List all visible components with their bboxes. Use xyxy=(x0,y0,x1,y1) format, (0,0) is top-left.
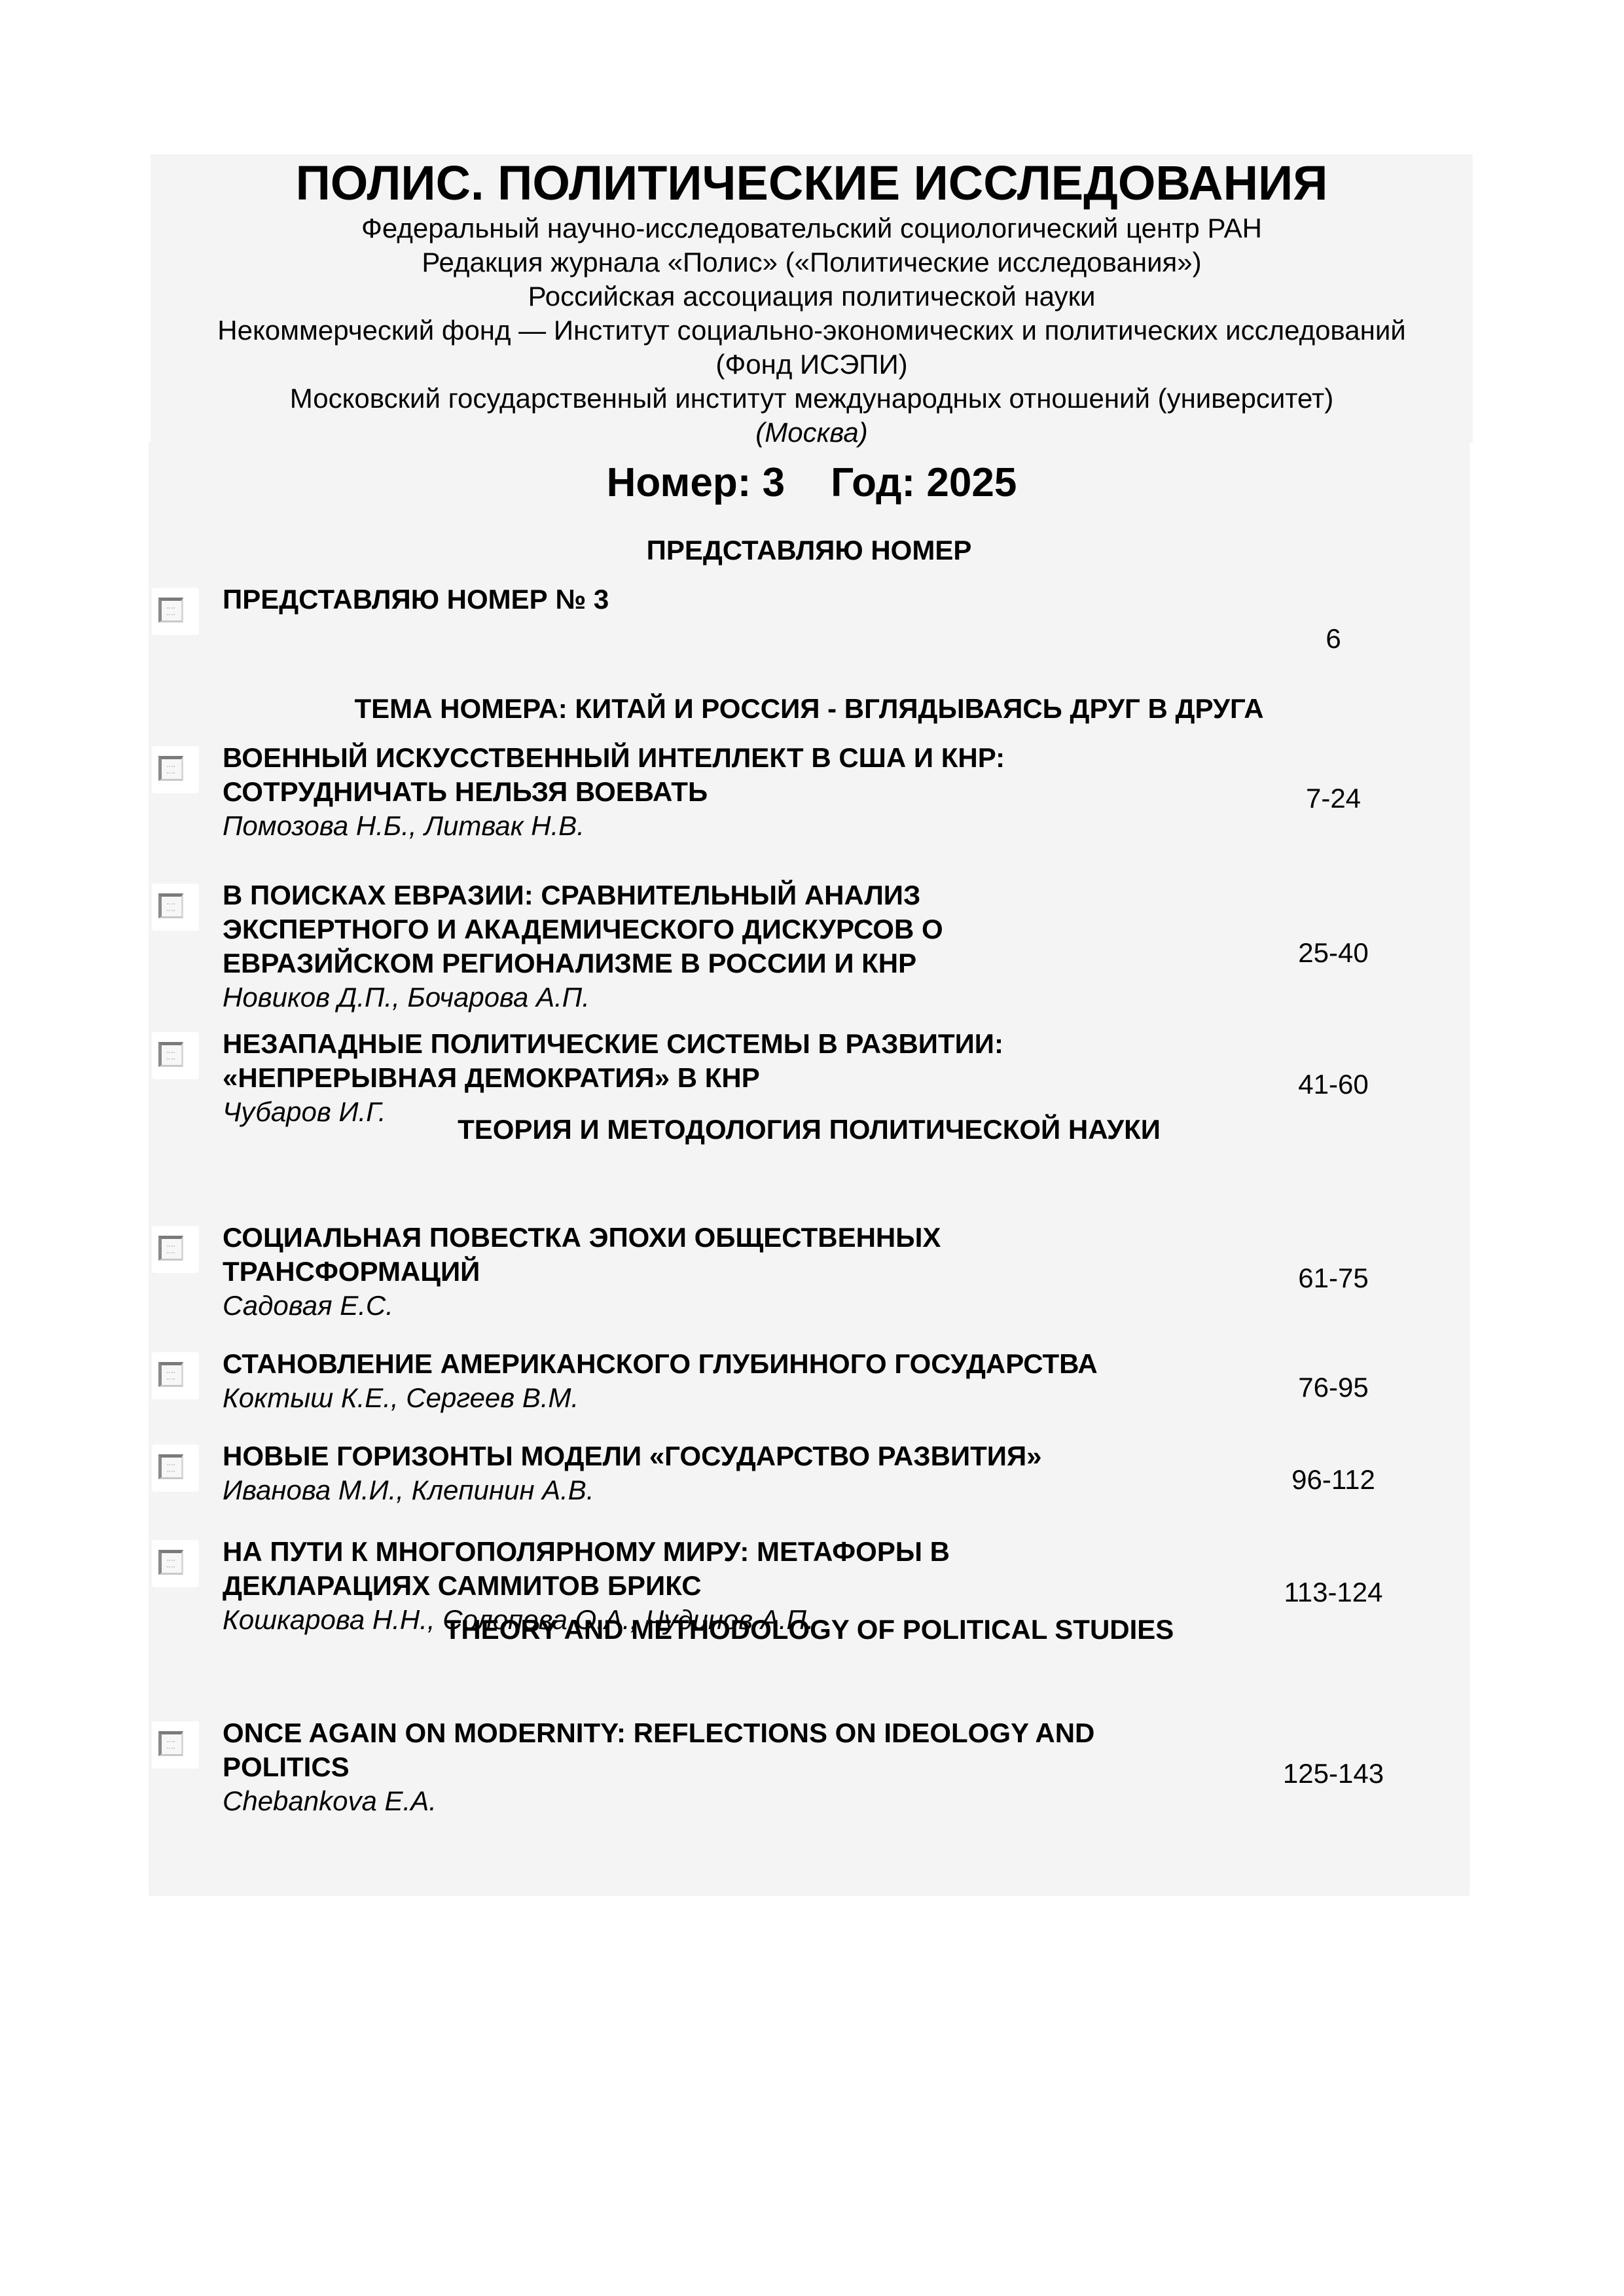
article-authors: Chebankova E.A. xyxy=(223,1784,1231,1818)
article-title-link[interactable]: ONCE AGAIN ON MODERNITY: REFLECTIONS ON … xyxy=(223,1716,1231,1784)
issue-number: Номер: 3 xyxy=(607,458,785,508)
article-text: ВОЕННЫЙ ИСКУССТВЕННЫЙ ИНТЕЛЛЕКТ В США И … xyxy=(223,741,1231,843)
article-title-link[interactable]: В ПОИСКАХ ЕВРАЗИИ: СРАВНИТЕЛЬНЫЙ АНАЛИЗЭ… xyxy=(223,878,1231,980)
publisher-line: Московский государственный институт межд… xyxy=(151,382,1473,416)
article-text: СТАНОВЛЕНИЕ АМЕРИКАНСКОГО ГЛУБИННОГО ГОС… xyxy=(223,1347,1231,1415)
publisher-city: (Москва) xyxy=(151,416,1473,450)
publisher-line: (Фонд ИСЭПИ) xyxy=(151,348,1473,382)
article-title-link[interactable]: ВОЕННЫЙ ИСКУССТВЕННЫЙ ИНТЕЛЛЕКТ В США И … xyxy=(223,741,1231,809)
publisher-line: Федеральный научно-исследовательский соц… xyxy=(151,211,1473,245)
checkbox-document-icon[interactable] xyxy=(152,1352,199,1399)
section-heading: ТЕМА НОМЕРА: КИТАЙ И РОССИЯ - ВГЛЯДЫВАЯС… xyxy=(149,692,1470,726)
article-title-link[interactable]: ПРЕДСТАВЛЯЮ НОМЕР № 3 xyxy=(223,583,1231,617)
checkbox-document-icon[interactable] xyxy=(152,1540,199,1587)
checkbox-icon xyxy=(158,1236,183,1261)
article-pages: 96-112 xyxy=(1268,1463,1399,1497)
issue-year: Год: 2025 xyxy=(831,458,1017,508)
checkbox-icon xyxy=(158,756,183,781)
issue-info: Номер: 3Год: 2025 xyxy=(151,458,1473,508)
article-title-link[interactable]: НА ПУТИ К МНОГОПОЛЯРНОМУ МИРУ: МЕТАФОРЫ … xyxy=(223,1535,1231,1603)
article-pages: 7-24 xyxy=(1268,781,1399,816)
article-text: В ПОИСКАХ ЕВРАЗИИ: СРАВНИТЕЛЬНЫЙ АНАЛИЗЭ… xyxy=(223,878,1231,1014)
article-title-link[interactable]: НЕЗАПАДНЫЕ ПОЛИТИЧЕСКИЕ СИСТЕМЫ В РАЗВИТ… xyxy=(223,1027,1231,1095)
checkbox-icon xyxy=(158,893,183,918)
article-pages: 76-95 xyxy=(1268,1371,1399,1405)
checkbox-document-icon[interactable] xyxy=(152,884,199,931)
article-pages: 25-40 xyxy=(1268,936,1399,970)
publisher-line: Редакция журнала «Полис» («Политические … xyxy=(151,245,1473,279)
article-pages: 113-124 xyxy=(1268,1575,1399,1609)
section-heading: ТЕОРИЯ И МЕТОДОЛОГИЯ ПОЛИТИЧЕСКОЙ НАУКИ xyxy=(149,1113,1470,1147)
article-title-link[interactable]: НОВЫЕ ГОРИЗОНТЫ МОДЕЛИ «ГОСУДАРСТВО РАЗВ… xyxy=(223,1439,1231,1473)
checkbox-icon xyxy=(158,1454,183,1479)
checkbox-document-icon[interactable] xyxy=(152,1032,199,1079)
article-title-link[interactable]: СТАНОВЛЕНИЕ АМЕРИКАНСКОГО ГЛУБИННОГО ГОС… xyxy=(223,1347,1231,1381)
journal-title: ПОЛИС. ПОЛИТИЧЕСКИЕ ИССЛЕДОВАНИЯ xyxy=(151,152,1473,215)
section-heading: THEORY AND METHODOLOGY OF POLITICAL STUD… xyxy=(149,1613,1470,1647)
article-authors: Садовая Е.С. xyxy=(223,1289,1231,1323)
article-title-link[interactable]: СОЦИАЛЬНАЯ ПОВЕСТКА ЭПОХИ ОБЩЕСТВЕННЫХТР… xyxy=(223,1221,1231,1289)
publisher-line: Российская ассоциация политической науки xyxy=(151,279,1473,314)
article-text: НОВЫЕ ГОРИЗОНТЫ МОДЕЛИ «ГОСУДАРСТВО РАЗВ… xyxy=(223,1439,1231,1507)
article-authors: Иванова М.И., Клепинин А.В. xyxy=(223,1473,1231,1507)
article-authors: Новиков Д.П., Бочарова А.П. xyxy=(223,980,1231,1014)
checkbox-icon xyxy=(158,598,183,622)
checkbox-icon xyxy=(158,1731,183,1756)
section-heading: ПРЕДСТАВЛЯЮ НОМЕР xyxy=(149,533,1470,567)
checkbox-icon xyxy=(158,1042,183,1067)
checkbox-document-icon[interactable] xyxy=(152,1226,199,1273)
article-pages: 125-143 xyxy=(1268,1757,1399,1791)
article-authors: Помозова Н.Б., Литвак Н.В. xyxy=(223,809,1231,843)
checkbox-icon xyxy=(158,1362,183,1387)
table-of-contents-panel xyxy=(149,442,1470,1896)
checkbox-icon xyxy=(158,1550,183,1575)
checkbox-document-icon[interactable] xyxy=(152,1444,199,1492)
article-pages: 6 xyxy=(1268,622,1399,656)
article-pages: 41-60 xyxy=(1268,1067,1399,1102)
article-text: ONCE AGAIN ON MODERNITY: REFLECTIONS ON … xyxy=(223,1716,1231,1818)
checkbox-document-icon[interactable] xyxy=(152,588,199,635)
article-text: ПРЕДСТАВЛЯЮ НОМЕР № 3 xyxy=(223,583,1231,617)
article-pages: 61-75 xyxy=(1268,1261,1399,1295)
article-text: СОЦИАЛЬНАЯ ПОВЕСТКА ЭПОХИ ОБЩЕСТВЕННЫХТР… xyxy=(223,1221,1231,1323)
publisher-line: Некоммерческий фонд — Институт социально… xyxy=(151,314,1473,348)
article-authors: Коктыш К.Е., Сергеев В.М. xyxy=(223,1381,1231,1415)
checkbox-document-icon[interactable] xyxy=(152,1721,199,1768)
checkbox-document-icon[interactable] xyxy=(152,746,199,793)
